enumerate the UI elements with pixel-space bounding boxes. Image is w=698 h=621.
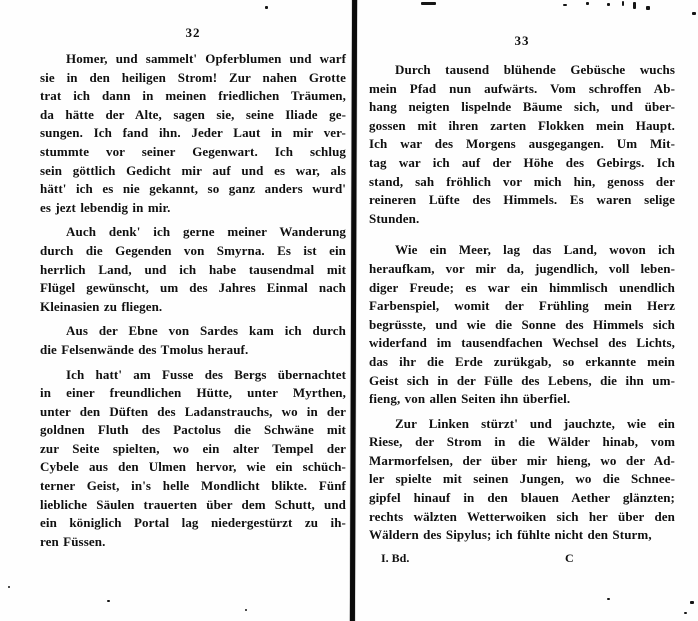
text-line: reineren Lüfte des Himmels. Es waren sel… <box>369 191 675 210</box>
scan-speck <box>690 601 694 604</box>
text-line: Wäldern des Sipylus; ich fühlte nicht de… <box>369 526 675 545</box>
text-line: trat ich dann in meinen friedlichen Träu… <box>40 87 346 106</box>
text-line: Flügel gewünscht, um des Jahres Einmal n… <box>40 279 346 298</box>
scan-speck <box>646 6 650 10</box>
paragraph: Auch denk' ich gerne meiner Wanderungdur… <box>40 223 346 316</box>
left-page-number: 32 <box>40 25 346 41</box>
text-line: diger Freude; es war ein himmlisch unend… <box>369 279 675 298</box>
paragraph: Homer, und sammelt' Opferblumen und warf… <box>40 50 346 217</box>
scan-speck <box>8 586 10 588</box>
text-line: ein königlich Portal lag niedergestürzt … <box>40 514 346 533</box>
text-line: zur Seite spielten, wo ein alter Tempel … <box>40 440 346 459</box>
right-page-number: 33 <box>369 33 675 49</box>
text-line: Geist sich in der Fülle des Lebens, die … <box>369 372 675 391</box>
text-line: widerfand im tausendfachen Wechsel des L… <box>369 334 675 353</box>
scan-speck <box>633 2 636 9</box>
text-line: goldnen Fluth des Pactolus die Schwäne m… <box>40 421 346 440</box>
page-footer: I. Bd. C <box>369 551 675 569</box>
left-page: 32 Homer, und sammelt' Opferblumen und w… <box>40 0 346 621</box>
scan-speck <box>421 2 436 5</box>
text-line: Auch denk' ich gerne meiner Wanderung <box>40 223 346 242</box>
left-page-text: Homer, und sammelt' Opferblumen und warf… <box>40 50 346 557</box>
text-line: herrlich Land, und ich habe tausendmal m… <box>40 261 346 280</box>
text-line: begrüsste, und wie die Sonne des Himmels… <box>369 316 675 335</box>
paragraph: Ich hatt' am Fusse des Bergs übernachtet… <box>40 366 346 552</box>
text-line: unter den Düften des Ladanstrauchs, wo i… <box>40 403 346 422</box>
text-line: fieng, von allen Seiten ihn überfiel. <box>369 390 675 409</box>
text-line: Riese, der Strom in die Wälder hinab, vo… <box>369 433 675 452</box>
text-line: ren Füssen. <box>40 533 346 552</box>
paragraph: Zur Linken stürzt' und jauchzte, wie ein… <box>369 415 675 545</box>
right-page-paragraphs: Durch tausend blühende Gebüsche wuchsmei… <box>369 61 675 545</box>
text-line: sie in den heiligen Strom! Zur nahen Gro… <box>40 69 346 88</box>
text-line: Homer, und sammelt' Opferblumen und warf <box>40 50 346 69</box>
paragraph: Durch tausend blühende Gebüsche wuchsmei… <box>369 61 675 228</box>
text-line: heraufkam, vor mir da, jugendlich, voll … <box>369 260 675 279</box>
text-line: sungen. Ich fand ihn. Jeder Laut in mir … <box>40 124 346 143</box>
text-line: Wie ein Meer, lag das Land, wovon ich <box>369 241 675 260</box>
text-line: durch die Gegenden von Smyrna. Es ist ei… <box>40 242 346 261</box>
scan-speck <box>684 612 687 614</box>
text-line: in einer freundlichen Hütte, unter Myrth… <box>40 384 346 403</box>
right-page-text: Durch tausend blühende Gebüsche wuchsmei… <box>369 61 675 569</box>
text-line: sein göttlich Gedicht mir auf und es war… <box>40 162 346 181</box>
text-line: Farbenspiel, womit der Frühling mein Her… <box>369 297 675 316</box>
text-line: mein Pfad nun aufwärts. Vom schroffen Ab… <box>369 80 675 99</box>
text-line: tag war ich auf der Höhe des Gebirgs. Ic… <box>369 154 675 173</box>
text-line: rechts wälzten Wetterwoiken sich her übe… <box>369 508 675 527</box>
right-page: 33 Durch tausend blühende Gebüsche wuchs… <box>369 0 675 621</box>
text-line: terner Geist, in's helle Mondlicht blikt… <box>40 477 346 496</box>
text-line: Ich hatt' am Fusse des Bergs übernachtet <box>40 366 346 385</box>
text-line: Ich war des Morgens ausgegangen. Um Mit- <box>369 135 675 154</box>
text-line: Kleinasien zu fliegen. <box>40 298 346 317</box>
scan-speck <box>265 6 268 9</box>
scan-speck <box>563 4 567 6</box>
text-line: gossen mit ihren zarten Flokken mein Hau… <box>369 117 675 136</box>
text-line: hätt' ich es nie gekannt, so ganz anders… <box>40 180 346 199</box>
scanned-book-spread: 32 Homer, und sammelt' Opferblumen und w… <box>0 0 698 621</box>
text-line: Marmorfelsen, der über mir hieng, wo der… <box>369 452 675 471</box>
text-line: es jezt lebendig in mir. <box>40 199 346 218</box>
scan-speck <box>607 3 610 6</box>
text-line: Zur Linken stürzt' und jauchzte, wie ein <box>369 415 675 434</box>
text-line: Aus der Ebne von Sardes kam ich durch <box>40 322 346 341</box>
text-line: Stunden. <box>369 210 675 229</box>
text-line: das ihr die Erde zurükgab, so erkannte m… <box>369 353 675 372</box>
scan-speck <box>622 1 624 6</box>
text-line: liebliche Säulen trauerten über dem Schu… <box>40 496 346 515</box>
text-line: stand, sah fröhlich vor mich hin, genoss… <box>369 173 675 192</box>
text-line: Durch tausend blühende Gebüsche wuchs <box>369 61 675 80</box>
volume-label: I. Bd. <box>381 551 409 566</box>
scan-speck <box>107 600 110 602</box>
binding-gutter-line <box>350 0 357 621</box>
text-line: ler spielte mit seinen Jungen, wo die Sc… <box>369 470 675 489</box>
scan-speck <box>586 2 589 5</box>
scan-speck <box>245 609 247 611</box>
text-line: hang neigten lispelnde Bäume sich, und ü… <box>369 98 675 117</box>
text-line: da hätte der Alte, sagen sie, seine Ilia… <box>40 106 346 125</box>
paragraph: Wie ein Meer, lag das Land, wovon ichher… <box>369 241 675 408</box>
text-line: stummte vor seiner Gegenwart. Ich schlug <box>40 143 346 162</box>
scan-speck <box>607 598 610 600</box>
signature-mark: C <box>565 551 574 566</box>
text-line: Cybele aus den Ulmen hervor, wie ein sch… <box>40 458 346 477</box>
text-line: gipfel hinauf in den blauen Aether glänz… <box>369 489 675 508</box>
paragraph: Aus der Ebne von Sardes kam ich durchdie… <box>40 322 346 359</box>
text-line: die Felsenwände des Tmolus herauf. <box>40 341 346 360</box>
scan-speck <box>692 12 696 15</box>
